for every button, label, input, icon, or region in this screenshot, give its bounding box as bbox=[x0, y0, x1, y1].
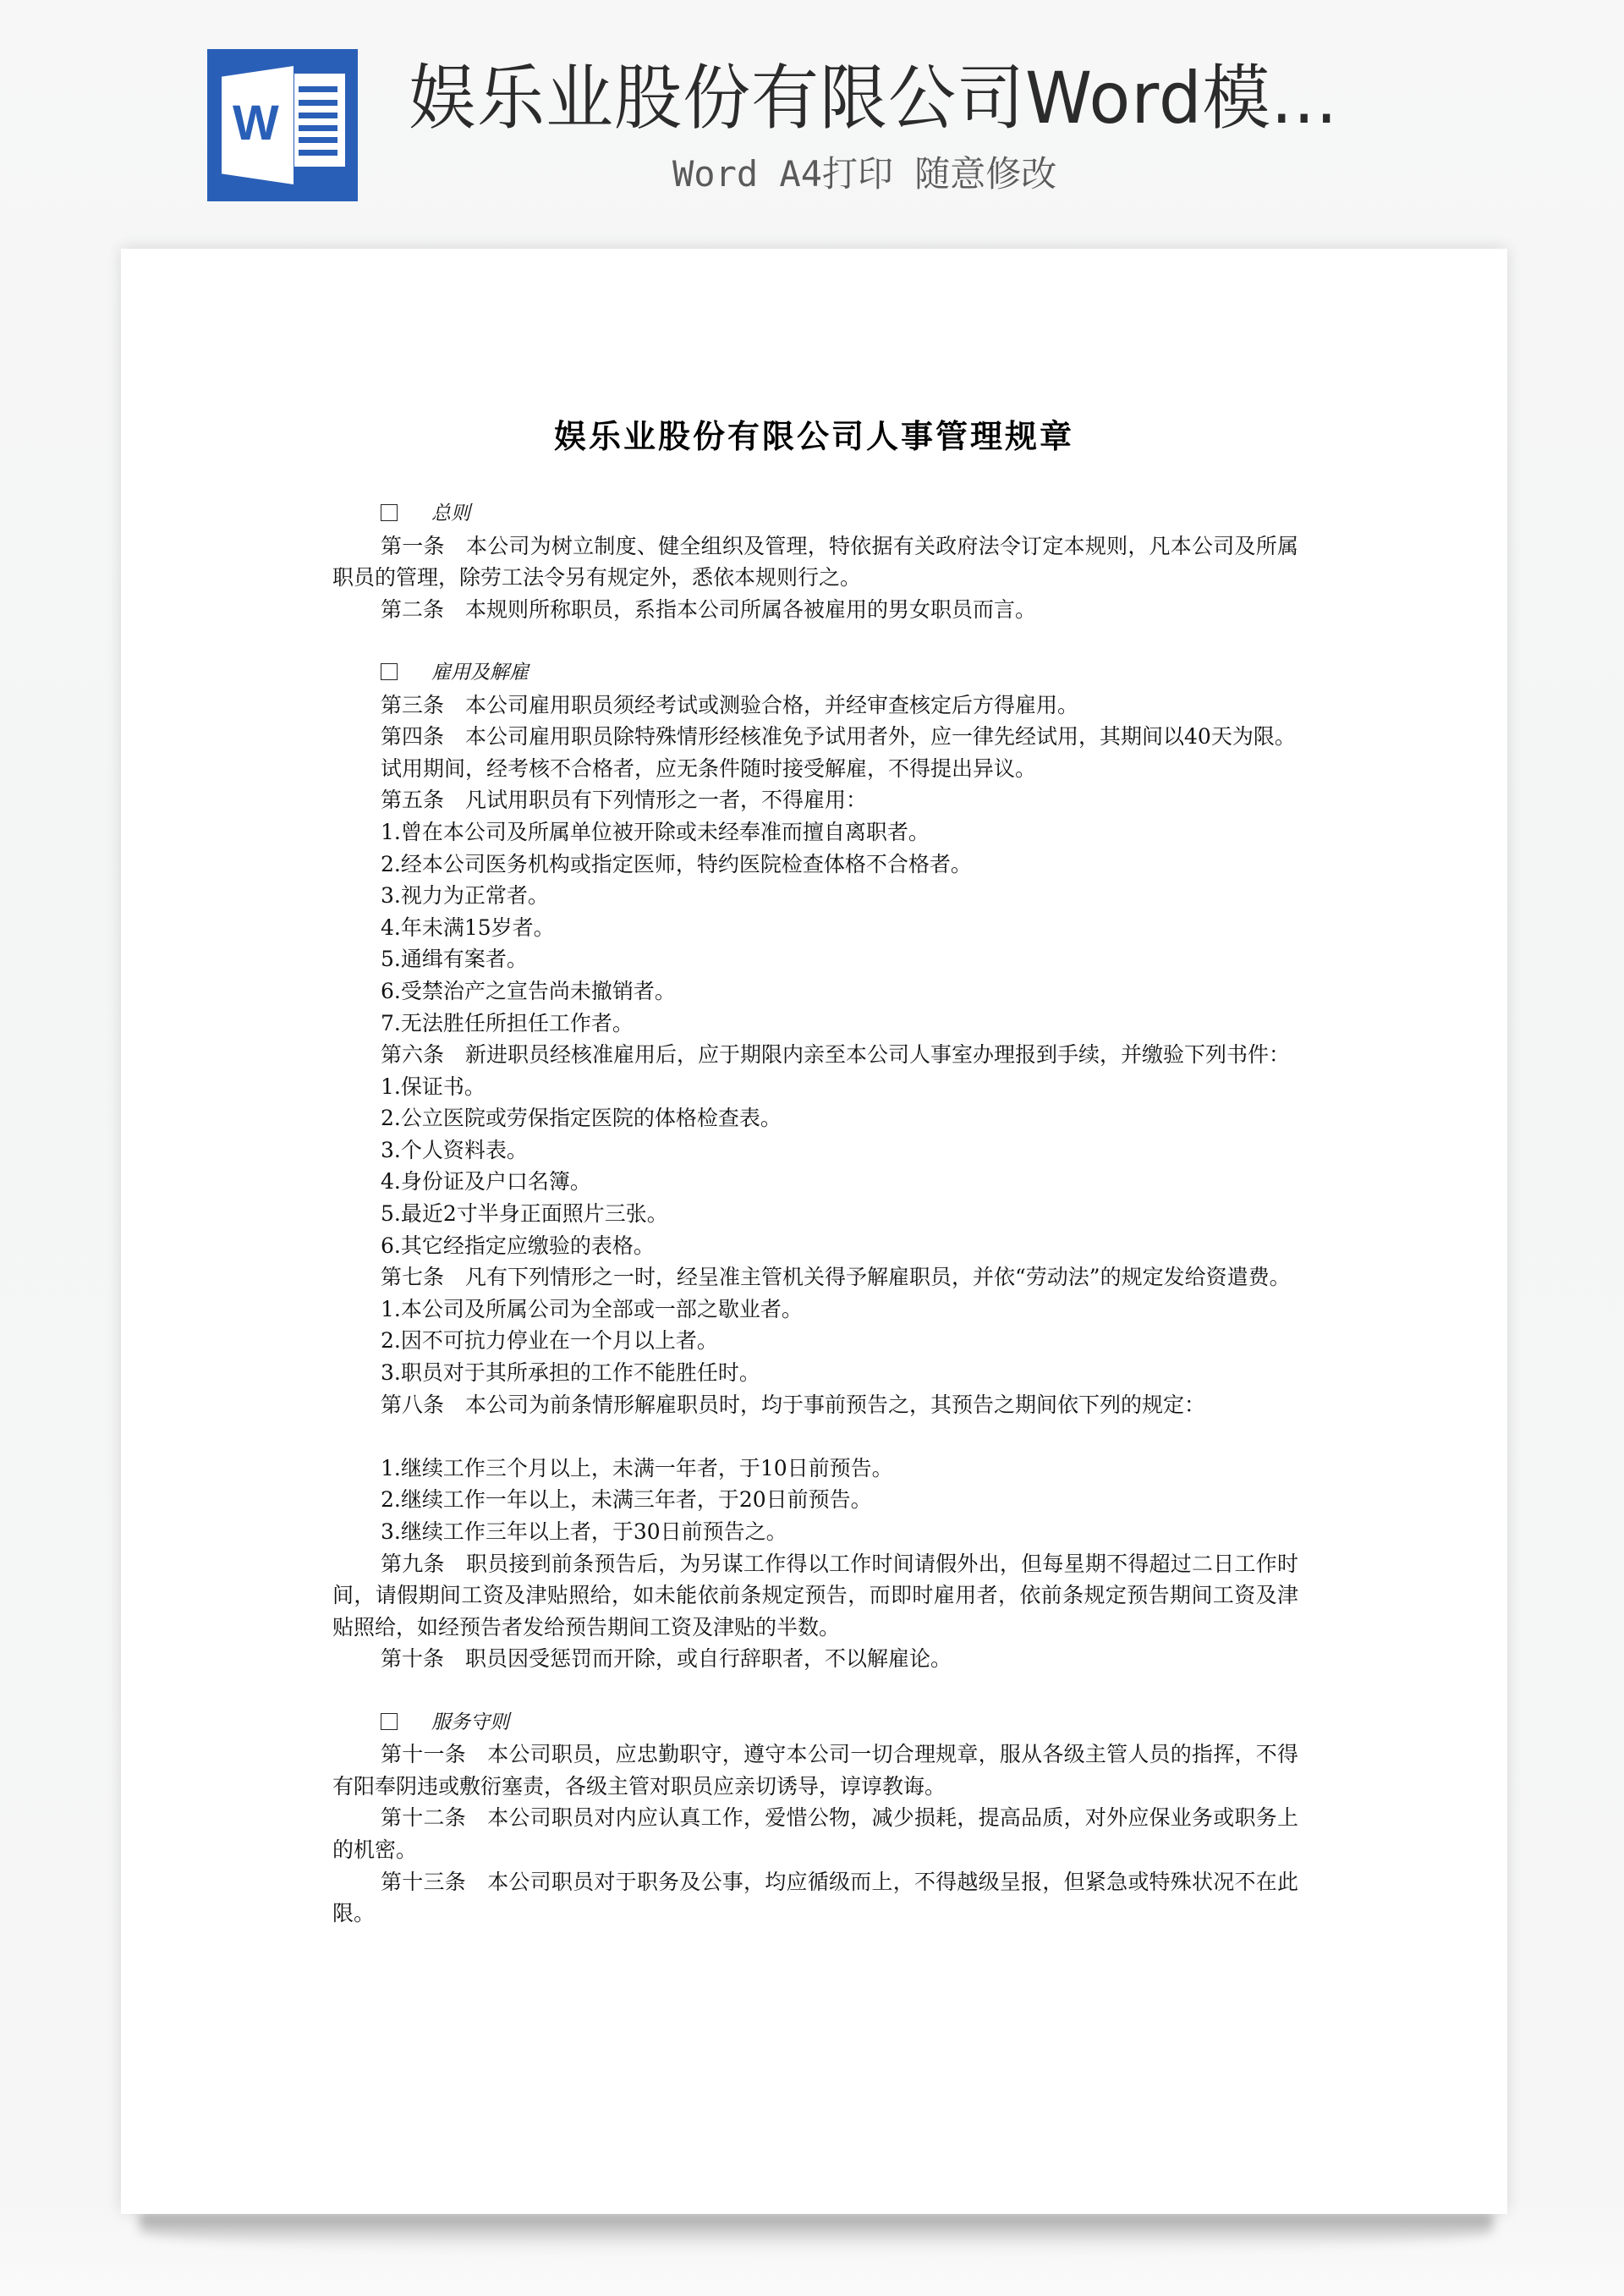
blank-line bbox=[332, 1420, 1298, 1453]
section-heading-label: 服务守则 bbox=[431, 1711, 509, 1733]
word-icon-letter: W bbox=[233, 100, 277, 147]
list-item: 7.无法胜任所担任工作者。 bbox=[332, 1008, 1298, 1040]
word-icon-line bbox=[299, 150, 337, 156]
word-icon-line bbox=[299, 100, 337, 106]
article-2: 第二条 本规则所称职员，系指本公司所属各被雇用的男女职员而言。 bbox=[332, 594, 1298, 626]
article-9: 第九条 职员接到前条预告后，为另谋工作得以工作时间请假外出，但每星期不得超过二日… bbox=[332, 1548, 1298, 1644]
article-7: 第七条 凡有下列情形之一时，经呈准主管机关得予解雇职员，并依“劳动法”的规定发给… bbox=[332, 1261, 1298, 1294]
list-item: 6.其它经指定应缴验的表格。 bbox=[332, 1230, 1298, 1262]
word-icon-line bbox=[299, 125, 337, 131]
word-icon-line bbox=[299, 113, 337, 118]
blank-line bbox=[332, 625, 1298, 657]
list-item: 3.职员对于其所承担的工作不能胜任时。 bbox=[332, 1357, 1298, 1389]
app-subtitle: Word A4打印 随意修改 bbox=[672, 151, 1056, 198]
document-page: 娱乐业股份有限公司人事管理规章 总则 第一条 本公司为树立制度、健全组织及管理，… bbox=[121, 249, 1507, 2214]
probation-note: 试用期间，经考核不合格者，应无条件随时接受解雇，不得提出异议。 bbox=[332, 753, 1298, 785]
list-item: 5.通缉有案者。 bbox=[332, 943, 1298, 975]
section-heading-conduct: 服务守则 bbox=[332, 1707, 1298, 1739]
app-title: 娱乐业股份有限公司Word模... bbox=[409, 54, 1338, 143]
checkbox-square-icon bbox=[381, 1713, 398, 1730]
section-heading-label: 总则 bbox=[431, 503, 470, 525]
article-4: 第四条 本公司雇用职员除特殊情形经核准免予试用者外，应一律先经试用，其期间以40… bbox=[332, 721, 1298, 753]
document-title: 娱乐业股份有限公司人事管理规章 bbox=[121, 415, 1507, 458]
list-item: 1.曾在本公司及所属单位被开除或未经奉准而擅自离职者。 bbox=[332, 816, 1298, 849]
list-item: 3.继续工作三年以上者，于30日前预告之。 bbox=[332, 1516, 1298, 1548]
blank-line bbox=[332, 1675, 1298, 1707]
list-item: 1.保证书。 bbox=[332, 1071, 1298, 1103]
article-10: 第十条 职员因受惩罚而开除，或自行辞职者，不以解雇论。 bbox=[332, 1643, 1298, 1675]
list-item: 1.本公司及所属公司为全部或一部之歇业者。 bbox=[332, 1294, 1298, 1326]
word-icon-line bbox=[299, 86, 337, 92]
list-item: 4.身份证及户口名簿。 bbox=[332, 1166, 1298, 1198]
document-body: 总则 第一条 本公司为树立制度、健全组织及管理，特依据有关政府法令订定本规则，凡… bbox=[332, 498, 1298, 1930]
list-item: 2.继续工作一年以上，未满三年者，于20日前预告。 bbox=[332, 1484, 1298, 1516]
section-heading-general: 总则 bbox=[332, 498, 1298, 530]
list-item: 2.因不可抗力停业在一个月以上者。 bbox=[332, 1325, 1298, 1357]
article-6: 第六条 新进职员经核准雇用后，应于期限内亲至本公司人事室办理报到手续，并缴验下列… bbox=[332, 1039, 1298, 1071]
article-8: 第八条 本公司为前条情形解雇职员时，均于事前预告之，其预告之期间依下列的规定： bbox=[332, 1389, 1298, 1421]
word-icon-line bbox=[299, 137, 337, 143]
checkbox-square-icon bbox=[381, 504, 398, 521]
article-1: 第一条 本公司为树立制度、健全组织及管理，特依据有关政府法令订定本规则，凡本公司… bbox=[332, 530, 1298, 594]
list-item: 4.年未满15岁者。 bbox=[332, 912, 1298, 944]
section-heading-employment: 雇用及解雇 bbox=[332, 657, 1298, 689]
article-12: 第十二条 本公司职员对内应认真工作，爱惜公物，减少损耗，提高品质，对外应保业务或… bbox=[332, 1802, 1298, 1865]
list-item: 1.继续工作三个月以上，未满一年者，于10日前预告。 bbox=[332, 1453, 1298, 1485]
list-item: 3.个人资料表。 bbox=[332, 1134, 1298, 1167]
article-13: 第十三条 本公司职员对于职务及公事，均应循级而上，不得越级呈报，但紧急或特殊状况… bbox=[332, 1866, 1298, 1930]
list-item: 2.经本公司医务机构或指定医师，特约医院检查体格不合格者。 bbox=[332, 849, 1298, 881]
section-heading-label: 雇用及解雇 bbox=[431, 662, 529, 684]
article-5: 第五条 凡试用职员有下列情形之一者，不得雇用： bbox=[332, 784, 1298, 816]
page-shadow bbox=[140, 2214, 1493, 2255]
article-3: 第三条 本公司雇用职员须经考试或测验合格，并经审查核定后方得雇用。 bbox=[332, 689, 1298, 722]
list-item: 6.受禁治产之宣告尚未撤销者。 bbox=[332, 975, 1298, 1008]
word-icon: W bbox=[207, 49, 358, 201]
list-item: 3.视力为正常者。 bbox=[332, 880, 1298, 912]
header: W 娱乐业股份有限公司Word模... Word A4打印 随意修改 bbox=[0, 0, 1624, 237]
list-item: 2.公立医院或劳保指定医院的体格检查表。 bbox=[332, 1102, 1298, 1134]
list-item: 5.最近2寸半身正面照片三张。 bbox=[332, 1198, 1298, 1230]
checkbox-square-icon bbox=[381, 663, 398, 680]
article-11: 第十一条 本公司职员，应忠勤职守，遵守本公司一切合理规章，服从各级主管人员的指挥… bbox=[332, 1738, 1298, 1802]
